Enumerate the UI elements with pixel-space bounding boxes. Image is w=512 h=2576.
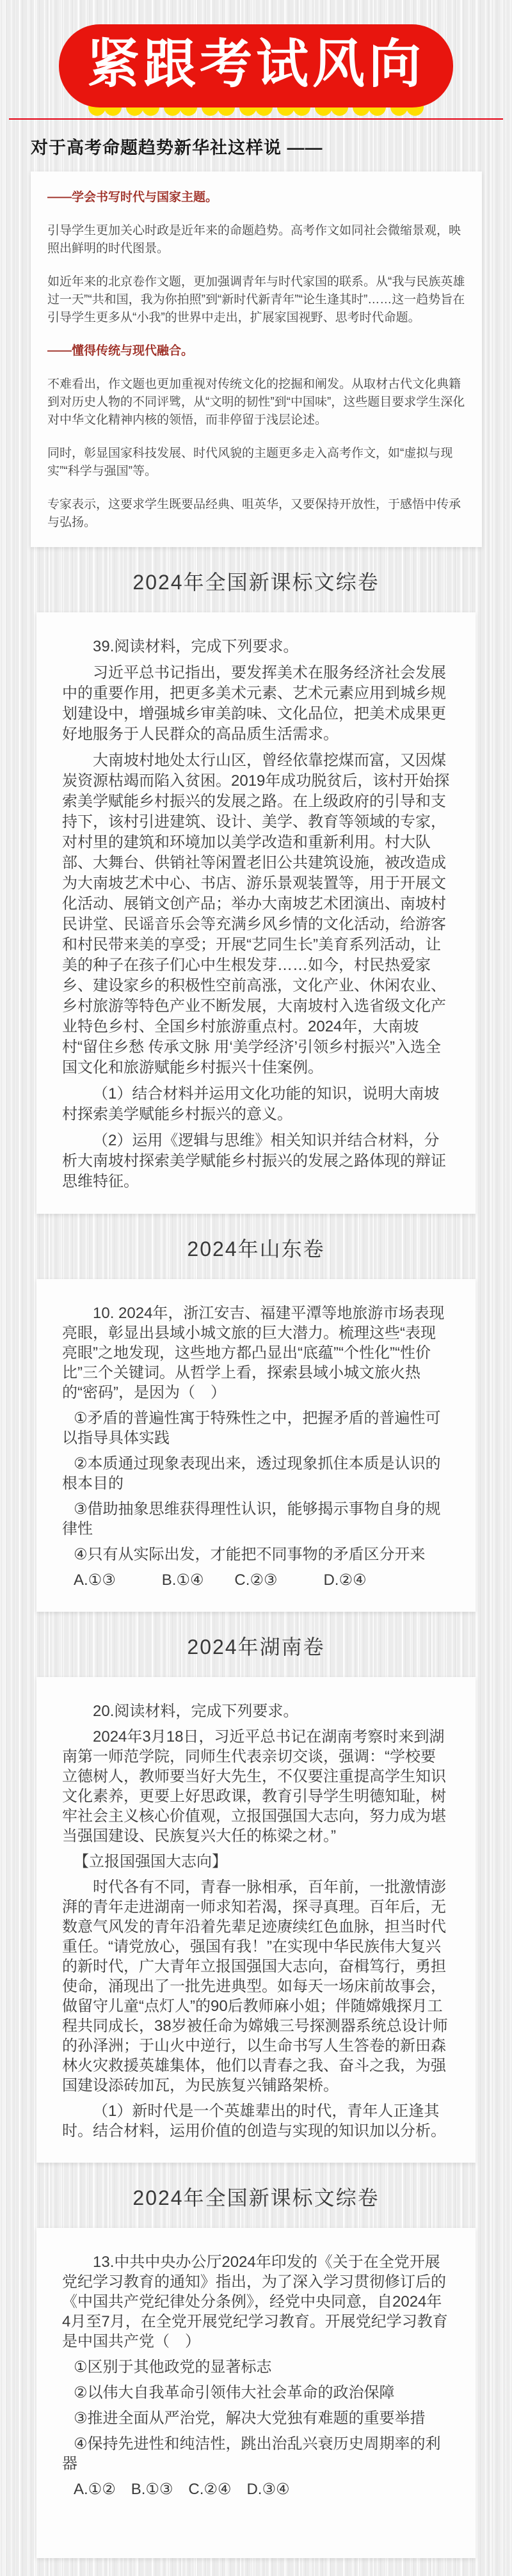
question-bracket-heading: 【立报国强国大志向】 <box>62 1852 450 1872</box>
question-option: ①区别于其他政党的显著标志 <box>62 2357 450 2377</box>
section-title-exam-1: 2024年全国新课标文综卷 <box>0 566 512 596</box>
question-paragraph: 习近平总书记指出，要发挥美术在服务经济社会发展中的重要作用，把更多美术元素、艺术… <box>62 663 450 745</box>
section-title-exam-4: 2024年全国新课标文综卷 <box>0 2182 512 2211</box>
exam-card-4: 13.中共中央办公厅2024年印发的《关于在全党开展党纪学习教育的通知》指出，为… <box>36 2228 476 2558</box>
intro-paragraph: 不难看出，作文题也更加重视对传统文化的挖掘和阐发。从取材古代文化典籍到对历史人物… <box>47 376 465 429</box>
question-option: ②本质通过现象表现出来，透过现象抓住本质是认识的根本目的 <box>62 1454 450 1493</box>
question-paragraph: 10. 2024年，浙江安吉、福建平潭等地旅游市场表现亮眼，彰显出县域小城文旅的… <box>62 1303 450 1403</box>
exam-card-1: 39.阅读材料，完成下列要求。 习近平总书记指出，要发挥美术在服务经济社会发展中… <box>36 612 476 1214</box>
intro-paragraph: 引导学生更加关心时政是近年来的命题趋势。高考作文如同社会微缩景观，映照出鲜明的时… <box>47 222 465 258</box>
question-line: 20.阅读材料，完成下列要求。 <box>62 1701 450 1721</box>
banner: 紧跟考试风向 <box>0 0 512 116</box>
banner-badge: 紧跟考试风向 <box>59 24 453 107</box>
section-title-exam-3: 2024年湖南卷 <box>0 1631 512 1660</box>
question-subquestion: （2）运用《逻辑与思维》相关知识并结合材料，分析大南坡村探索美学赋能乡村振兴的发… <box>62 1131 450 1192</box>
intro-paragraph: 如近年来的北京卷作文题，更加强调青年与时代家国的联系。从“我与民族英雄过一天”“… <box>47 273 465 327</box>
exam-card-2: 10. 2024年，浙江安吉、福建平潭等地旅游市场表现亮眼，彰显出县域小城文旅的… <box>36 1279 476 1612</box>
page-title: 对于高考命题趋势新华社这样说 —— <box>31 134 481 159</box>
question-option: ④只有从实际出发，才能把不同事物的矛盾区分开来 <box>62 1545 450 1564</box>
red-divider-line <box>9 118 503 120</box>
answer-choices: A.①③ B.①④ C.②③ D.②④ <box>62 1570 450 1590</box>
intro-paragraph: 专家表示，这要求学生既要品经典、咀英华，又要保持开放性，于感悟中传承与弘扬。 <box>47 496 465 532</box>
question-paragraph: 2024年3月18日，习近平总书记在湖南考察时来到湖南第一师范学院，同师生代表亲… <box>62 1727 450 1846</box>
question-option: ④保持先进性和纯洁性，跳出治乱兴衰历史周期率的利器 <box>62 2434 450 2474</box>
bottom-spacer <box>0 2558 512 2576</box>
intro-card: ——学会书写时代与国家主题。 引导学生更加关心时政是近年来的命题趋势。高考作文如… <box>31 171 482 547</box>
answer-choices: A.①② B.①③ C.②④ D.③④ <box>62 2479 450 2499</box>
intro-subhead: ——懂得传统与现代融合。 <box>47 342 465 360</box>
question-option: ②以伟大自我革命引领伟大社会革命的政治保障 <box>62 2383 450 2403</box>
question-paragraph: 时代各有不同，青春一脉相承，百年前，一批激情澎湃的青年走进湖南一师求知若渴，探寻… <box>62 1877 450 2095</box>
section-title-exam-2: 2024年山东卷 <box>0 1233 512 1262</box>
intro-paragraph: 同时，彰显国家科技发展、时代风貌的主题更多走入高考作文，如“虚拟与现实”“科学与… <box>47 445 465 481</box>
question-option: ①矛盾的普遍性寓于特殊性之中，把握矛盾的普遍性可以指导具体实践 <box>62 1408 450 1448</box>
question-line: 39.阅读材料，完成下列要求。 <box>62 637 450 657</box>
intro-subhead: ——学会书写时代与国家主题。 <box>47 189 465 207</box>
banner-title: 紧跟考试风向 <box>87 33 425 95</box>
question-option: ③借助抽象思维获得理性认识，能够揭示事物自身的规律性 <box>62 1499 450 1539</box>
question-subquestion: （1）结合材料并运用文化功能的知识，说明大南坡村探索美学赋能乡村振兴的意义。 <box>62 1084 450 1125</box>
question-paragraph: 13.中共中央办公厅2024年印发的《关于在全党开展党纪学习教育的通知》指出，为… <box>62 2252 450 2351</box>
question-subquestion: （1）新时代是一个英雄辈出的时代，青年人正逢其时。结合材料，运用价值的创造与实现… <box>62 2101 450 2141</box>
exam-card-3: 20.阅读材料，完成下列要求。 2024年3月18日，习近平总书记在湖南考察时来… <box>36 1677 476 2163</box>
question-paragraph: 大南坡村地处太行山区，曾经依靠挖煤而富，又因煤炭资源枯竭而陷入贫困。2019年成… <box>62 751 450 1078</box>
question-option: ③推进全面从严治党，解决大党独有难题的重要举措 <box>62 2408 450 2428</box>
